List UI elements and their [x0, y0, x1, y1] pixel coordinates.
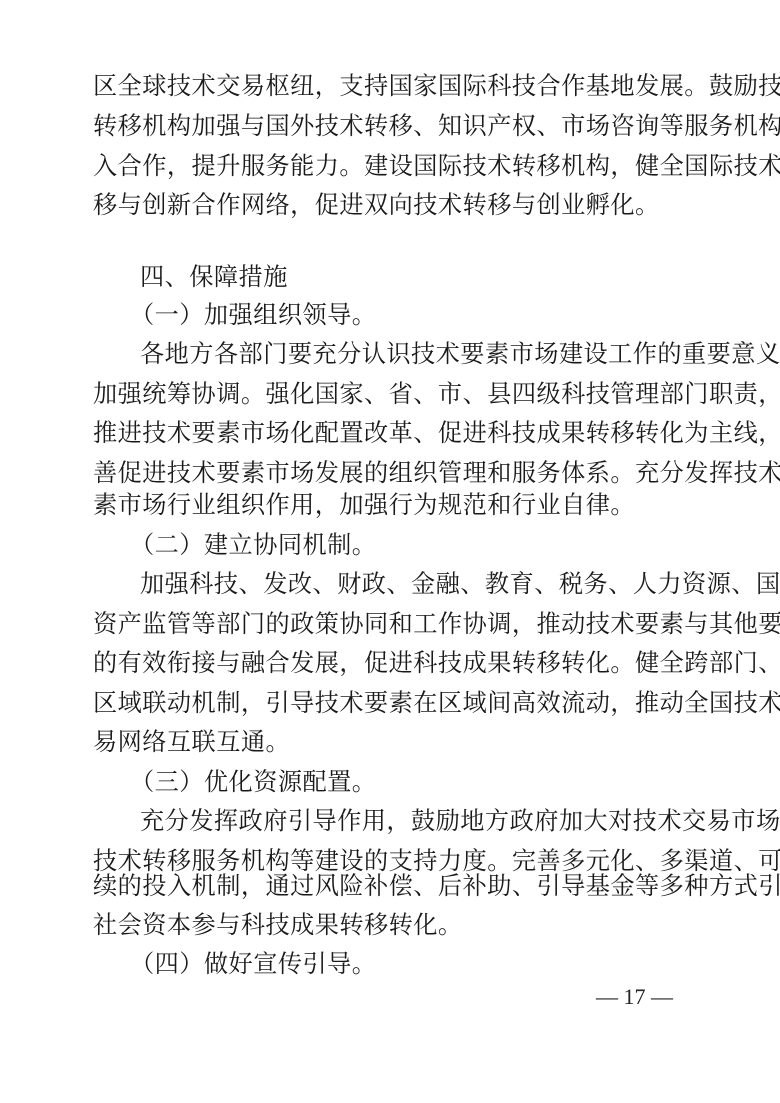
paragraph-line: 易网络互联互通。: [93, 722, 693, 762]
paragraph-line: 的有效衔接与融合发展，促进科技成果转移转化。健全跨部门、跨: [93, 643, 693, 683]
subsection-heading: （三）优化资源配置。: [130, 762, 730, 802]
paragraph-line: 素市场行业组织作用，加强行为规范和行业自律。: [93, 485, 693, 525]
paragraph-line: 资产监管等部门的政策协同和工作协调，推动技术要素与其他要素: [93, 604, 693, 644]
paragraph-line: 区域联动机制，引导技术要素在区域间高效流动，推动全国技术交: [93, 683, 693, 723]
paragraph-line: 推进技术要素市场化配置改革、促进科技成果转移转化为主线，完: [93, 413, 693, 453]
paragraph-line: 加强统筹协调。强化国家、省、市、县四级科技管理部门职责，以: [93, 374, 693, 414]
paragraph-line: 转移机构加强与国外技术转移、知识产权、市场咨询等服务机构深: [93, 106, 693, 146]
subsection-heading: （二）建立协同机制。: [130, 525, 730, 565]
paragraph-line: 各地方各部门要充分认识技术要素市场建设工作的重要意义，: [140, 334, 740, 374]
paragraph-line: 移与创新合作网络，促进双向技术转移与创业孵化。: [93, 185, 693, 225]
paragraph-line: 区全球技术交易枢纽，支持国家国际科技合作基地发展。鼓励技术: [93, 66, 693, 106]
subsection-heading: （一）加强组织领导。: [130, 295, 730, 335]
paragraph-line: 续的投入机制，通过风险补偿、后补助、引导基金等多种方式引导: [93, 866, 693, 906]
paragraph-line: 加强科技、发改、财政、金融、教育、税务、人力资源、国有: [140, 564, 740, 604]
page-number: — 17 —: [596, 980, 676, 1014]
paragraph-line: 社会资本参与科技成果转移转化。: [93, 905, 693, 945]
section-heading: 四、保障措施: [140, 257, 740, 297]
paragraph-line: 入合作，提升服务能力。建设国际技术转移机构，健全国际技术转: [93, 146, 693, 186]
document-page: 区全球技术交易枢纽，支持国家国际科技合作基地发展。鼓励技术 转移机构加强与国外技…: [0, 0, 780, 1103]
paragraph-line: 充分发挥政府引导作用，鼓励地方政府加大对技术交易市场、: [140, 801, 740, 841]
subsection-heading: （四）做好宣传引导。: [130, 944, 730, 984]
